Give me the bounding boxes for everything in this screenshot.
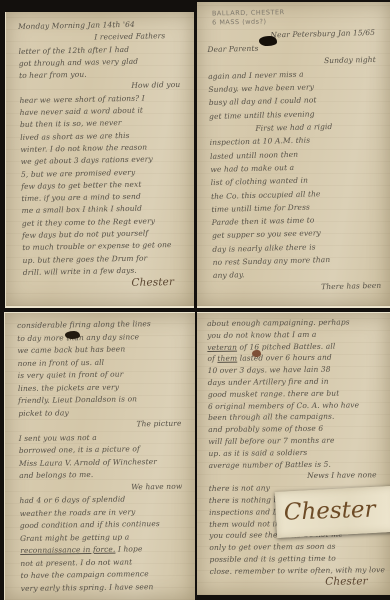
letter-line: The picture: [18, 418, 191, 433]
letter-line: very early this spring. I have seen: [21, 580, 194, 595]
page-4-text: about enough campaigning. perhapsyou do …: [207, 316, 388, 589]
page-1-text: Monday Morning Jan 14th '64I received Fa…: [18, 18, 194, 292]
letter-page-2: BALLARD, CHESTER 6 MASS (wds?) Near Pete…: [197, 2, 390, 308]
letter-page-1: Monday Morning Jan 14th '64I received Fa…: [5, 12, 194, 308]
letter-page-4: about enough campaigning. perhapsyou do …: [197, 312, 390, 595]
chester-signature: Chester: [275, 487, 390, 535]
letter-line: Chester: [210, 576, 388, 590]
letter-line: We have now: [19, 480, 192, 495]
ink-blot: [252, 350, 261, 357]
page-3-text: considerable firing along the linesto da…: [17, 318, 194, 595]
ink-blot: [259, 36, 277, 46]
letter-line: News I have none: [209, 469, 387, 483]
ink-blot: [65, 331, 80, 339]
letter-photograph: Monday Morning Jan 14th '64I received Fa…: [0, 0, 390, 600]
signature-scrap: Chester: [275, 486, 390, 538]
page-2-text: Near Petersburg Jan 15/65Dear ParentsSun…: [207, 26, 390, 296]
letter-page-3: considerable firing along the linesto da…: [4, 312, 195, 600]
